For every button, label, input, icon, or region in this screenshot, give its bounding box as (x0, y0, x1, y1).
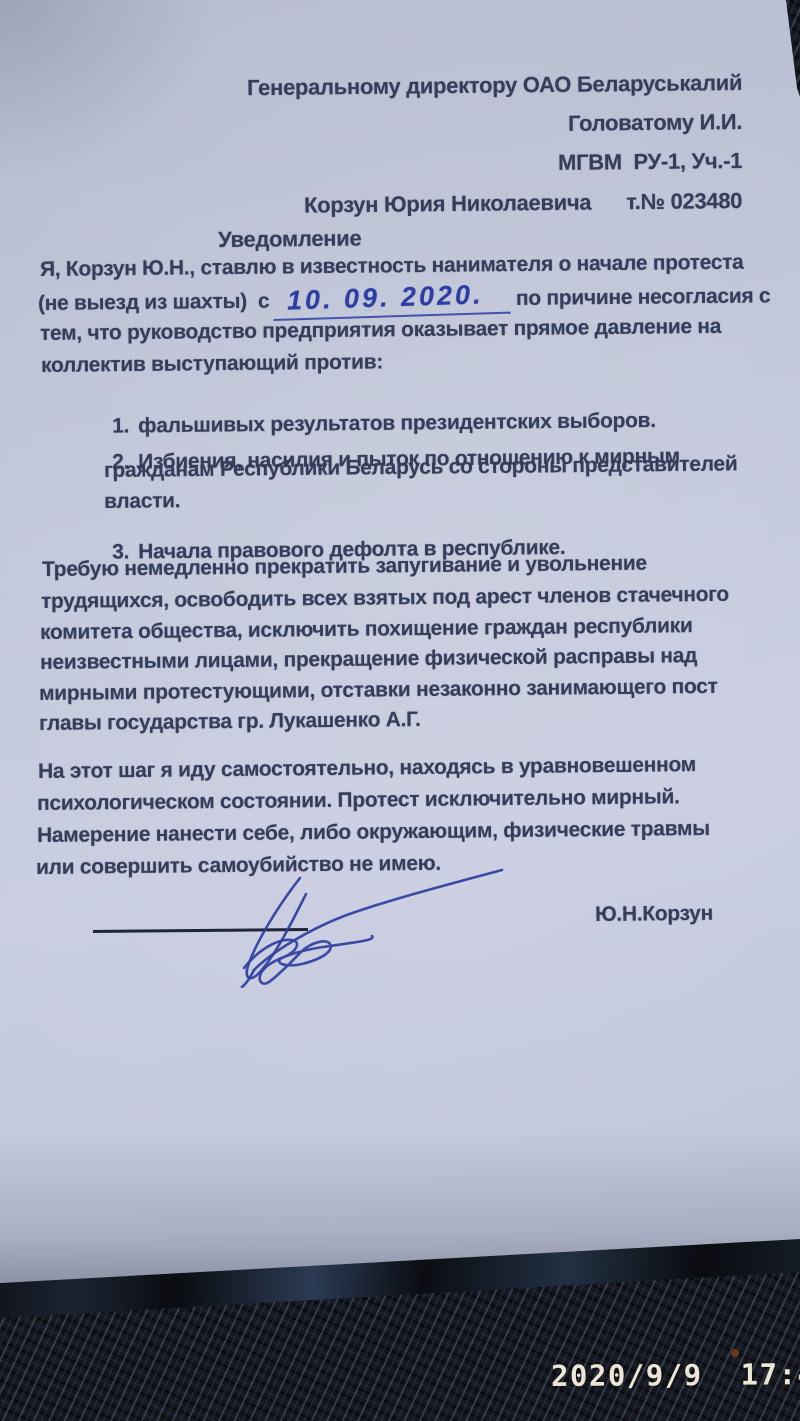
paper-sheet: Генеральному директору ОАО Беларуськалий… (0, 0, 800, 1421)
para1-line2-pre: (не выезд из шахты) с (38, 290, 270, 316)
para3-line2: психологическом состоянии. Протест исклю… (37, 785, 680, 816)
para3-line1: На этот шаг я иду самостоятельно, находя… (38, 753, 696, 784)
para1-line1: Я, Корзун Ю.Н., ставлю в известность нан… (40, 251, 744, 282)
recipient-line-2: Головатому И.И. (568, 109, 742, 137)
recipient-line-3: МГВМ РУ-1, Уч.-1 (558, 148, 742, 176)
paper-corner-shadow (0, 0, 280, 240)
signature-name: Ю.Н.Корзун (595, 902, 713, 927)
para2-line3: комитета общества, исключить похищение г… (40, 614, 693, 645)
recipient-line-1: Генеральному директору ОАО Беларуськалий (247, 70, 742, 101)
photo-of-document: Генеральному директору ОАО Беларуськалий… (0, 0, 800, 1421)
dust-speck (731, 1349, 739, 1357)
camera-timestamp: 2020/9/9 17:47 (551, 1357, 800, 1393)
para2-line6: главы государства гр. Лукашенко А.Г. (39, 708, 421, 736)
para3-line3: Намерение нанести себе, либо окружающим,… (37, 817, 710, 848)
para1-line2-post: по причине несогласия с (516, 284, 771, 311)
handwritten-signature (150, 856, 510, 988)
list-item-2-text-line3: власти. (104, 489, 181, 514)
recipient-line-4: Корзун Юрия Николаевича т.№ 023480 (304, 188, 742, 219)
letter-title: Уведомление (218, 225, 362, 252)
para2-line4: неизвестными лицами, прекращение физичес… (40, 644, 697, 675)
para1-line4: коллектив выступающий против: (41, 350, 383, 378)
handwritten-date: 10. 09. 2020. (273, 279, 511, 321)
para2-line5: мирными протестующими, отставки незаконн… (39, 675, 718, 706)
